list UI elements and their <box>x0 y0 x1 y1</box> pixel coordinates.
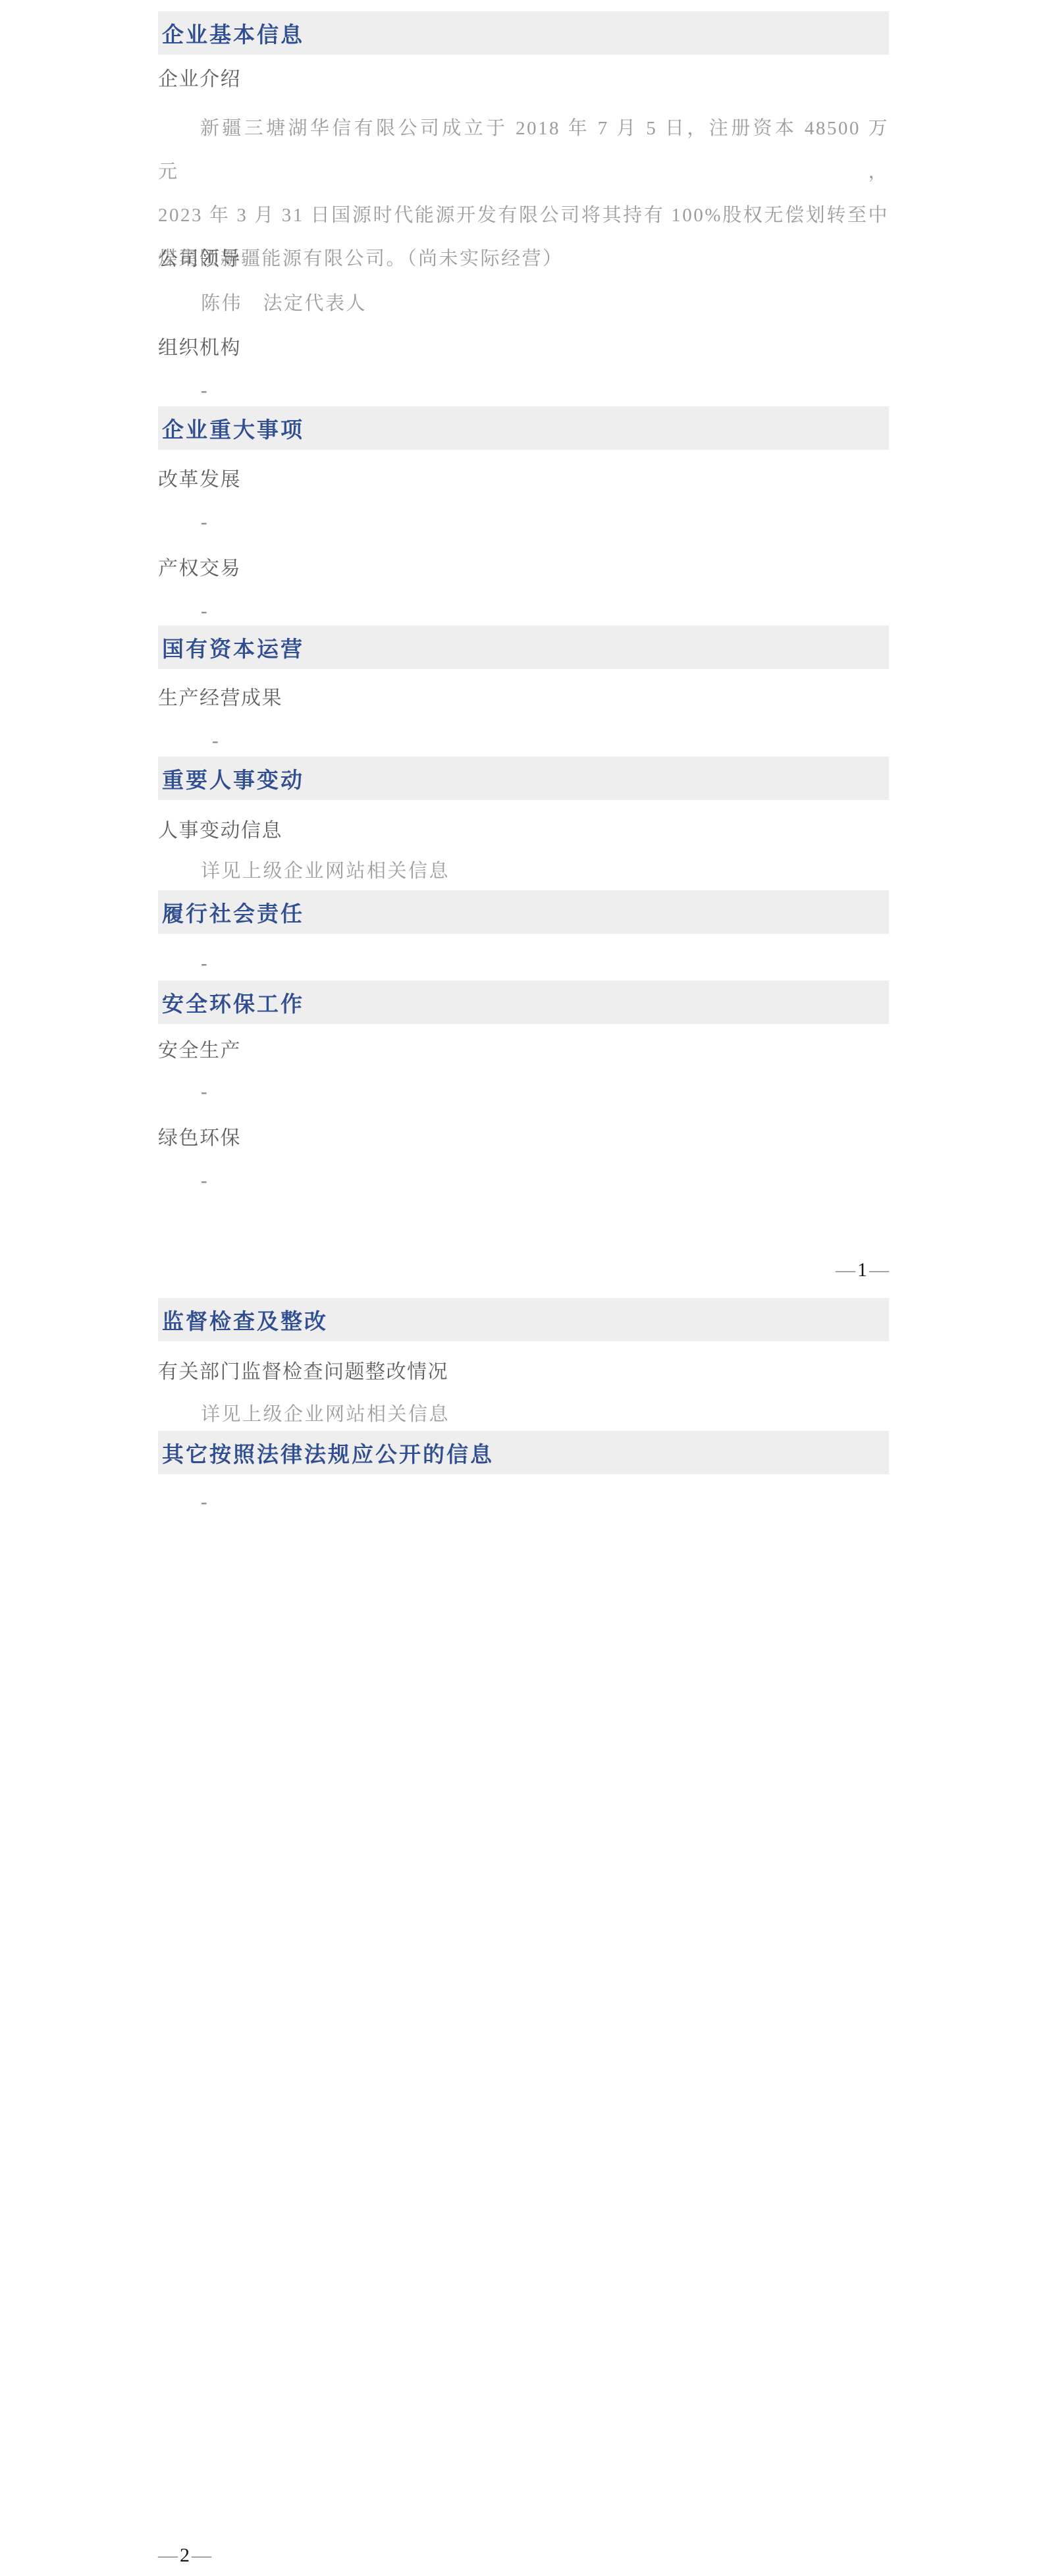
section-title: 履行社会责任 <box>162 897 304 928</box>
subsection-title-company-intro: 企业介绍 <box>158 67 889 93</box>
section-header-personnel-changes: 重要人事变动 <box>158 757 889 800</box>
subsection-title-green-environment: 绿色环保 <box>158 1125 889 1152</box>
page-number-value: 1 <box>855 1259 869 1281</box>
page-number-dash: — <box>836 1259 855 1281</box>
section-title: 企业重大事项 <box>162 413 304 444</box>
subsection-title-supervision-status: 有关部门监督检查问题整改情况 <box>158 1359 889 1385</box>
section-header-major-events: 企业重大事项 <box>158 406 889 450</box>
paragraph-line: 2023 年 3 月 31 日国源时代能源开发有限公司将其持有 100%股权无偿… <box>158 194 889 237</box>
empty-placeholder: - <box>158 600 889 622</box>
note-see-parent-site: 详见上级企业网站相关信息 <box>158 1401 889 1428</box>
section-title: 国有资本运营 <box>162 632 304 663</box>
section-header-other-disclosures: 其它按照法律法规应公开的信息 <box>158 1431 889 1474</box>
section-title: 重要人事变动 <box>162 763 304 794</box>
document-page: 企业基本信息 企业介绍 新疆三塘湖华信有限公司成立于 2018 年 7 月 5 … <box>0 0 1045 2576</box>
empty-placeholder: - <box>158 511 889 533</box>
section-header-supervision-rectification: 监督检查及整改 <box>158 1298 889 1341</box>
subsection-title-reform-development: 改革发展 <box>158 467 889 493</box>
section-header-basic-info: 企业基本信息 <box>158 11 889 55</box>
page-number-value: 2 <box>178 2544 192 2566</box>
page-number-dash: — <box>869 1259 889 1281</box>
subsection-title-personnel-change-info: 人事变动信息 <box>158 818 889 844</box>
empty-placeholder: - <box>158 730 889 752</box>
subsection-title-production-results: 生产经营成果 <box>158 685 889 712</box>
section-header-safety-environment: 安全环保工作 <box>158 980 889 1024</box>
section-title: 监督检查及整改 <box>162 1304 328 1335</box>
subsection-title-org-structure: 组织机构 <box>158 335 889 362</box>
section-header-state-capital: 国有资本运营 <box>158 626 889 669</box>
subsection-title-safety-production: 安全生产 <box>158 1038 889 1064</box>
section-title: 其它按照法律法规应公开的信息 <box>162 1437 494 1468</box>
page-number-dash: — <box>158 2544 178 2566</box>
section-title: 安全环保工作 <box>162 987 304 1018</box>
page-number-2: —2— <box>158 2544 889 2567</box>
paragraph-line: 新疆三塘湖华信有限公司成立于 2018 年 7 月 5 日，注册资本 48500… <box>158 107 889 194</box>
note-see-parent-site: 详见上级企业网站相关信息 <box>158 858 889 884</box>
page-number-1: —1— <box>158 1259 889 1281</box>
empty-placeholder: - <box>158 379 889 402</box>
subsection-title-property-transactions: 产权交易 <box>158 556 889 582</box>
empty-placeholder: - <box>158 952 889 975</box>
subsection-title-company-leaders: 公司领导 <box>158 246 889 273</box>
note-legal-representative: 陈伟 法定代表人 <box>158 290 889 317</box>
section-header-social-responsibility: 履行社会责任 <box>158 890 889 934</box>
section-title: 企业基本信息 <box>162 18 304 49</box>
empty-placeholder: - <box>158 1169 889 1192</box>
page-number-dash: — <box>192 2544 211 2566</box>
empty-placeholder: - <box>158 1081 889 1103</box>
empty-placeholder: - <box>158 1491 889 1513</box>
